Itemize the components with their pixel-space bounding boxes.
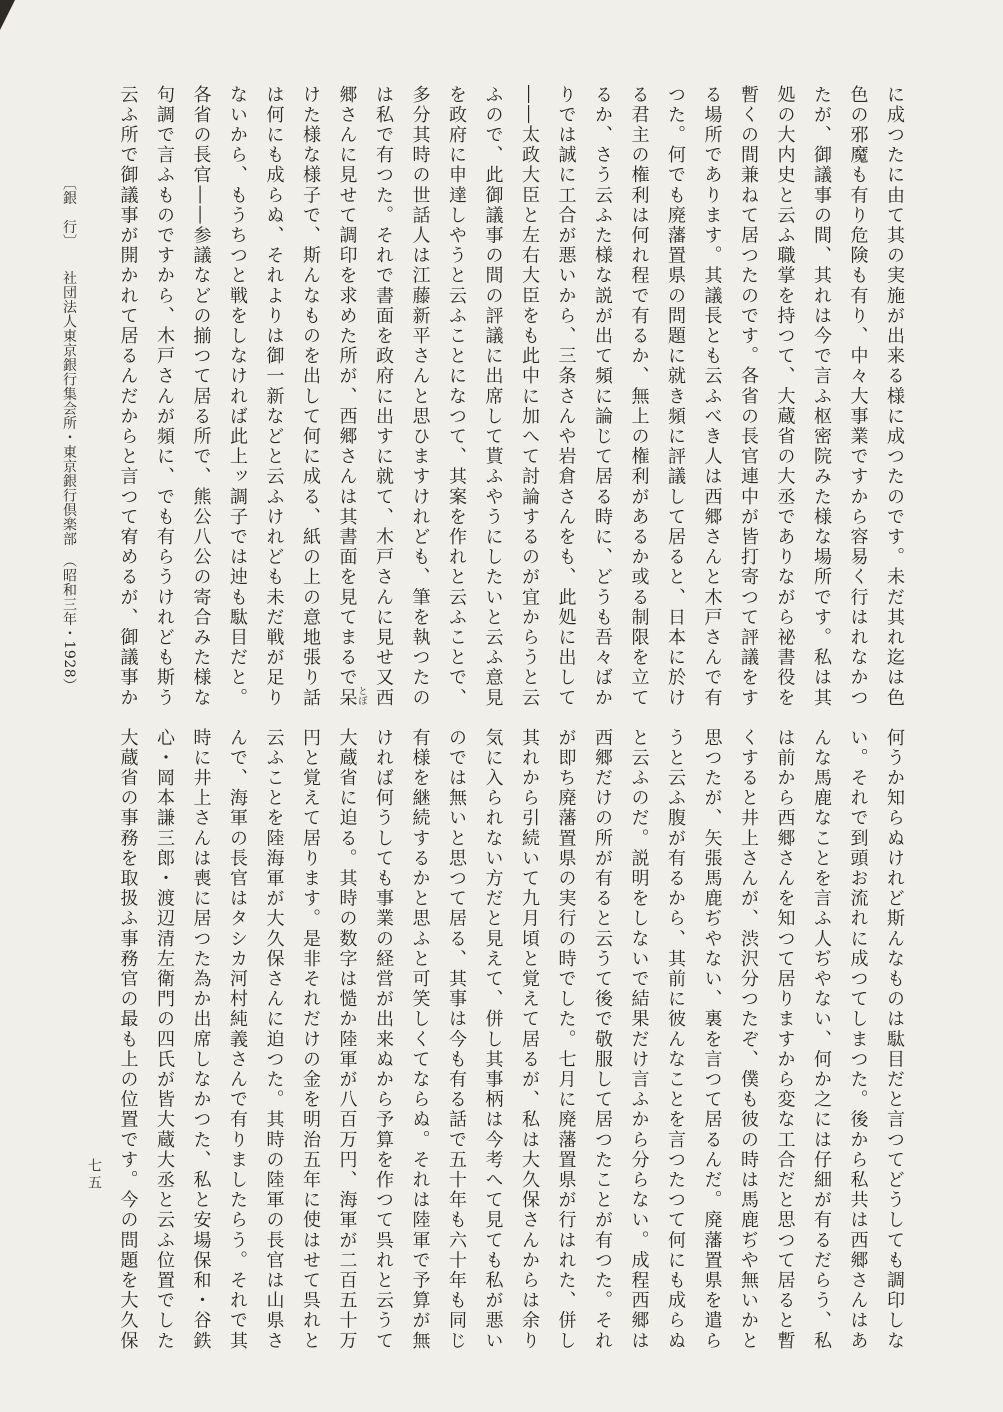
text-column: 句調で言ふものですから、木戸さんが頻に、でも有らうけれども斯う	[146, 85, 183, 715]
text-column: 其れから引続いて九月頃と覚えて居るが、私は大久保さんからは余り	[511, 728, 548, 1360]
text-column: ないから、もうちつと戦をしなければ此上ッ調子では迚も駄目だと。	[219, 85, 256, 715]
text-column: を政府に申達しやうと云ふことになつて、其案を作れと云ふことで、	[438, 85, 475, 715]
text-column: 色の邪魔も有り危険も有り、中々大事業ですから容易く行はれなかつ	[839, 85, 876, 715]
text-column: に成つたに由て其の実施が出来る様に成つたのです。未だ其れ迄は色	[876, 85, 913, 715]
margin-source-label: 〔銀 行〕 社団法人東京銀行集会所・東京銀行倶楽部 （昭和三年・1928）	[56, 176, 82, 724]
text-column: りでは誠に工合が悪いから、三条さんや岩倉さんをも、此処に出して	[547, 85, 584, 715]
text-column: ――太政大臣と左右大臣をも此中に加へて討論するのが宜からうと云	[511, 85, 548, 715]
text-column: 各省の長官――参議などの揃つて居る所で、熊公八公の寄合みた様な	[182, 85, 219, 715]
bottom-text-block: 何うか知らぬけれど斯んなものは駄目だと言つてどうしても調印しな い。それで到頭お…	[109, 728, 912, 1360]
text-column: 何うか知らぬけれど斯んなものは駄目だと言つてどうしても調印しな	[876, 728, 913, 1360]
text-column: たが、御議事の間、其れは今で言ふ枢密院みた様な場所です。私は其	[803, 85, 840, 715]
top-text-block: に成つたに由て其の実施が出来る様に成つたのです。未だ其れ迄は色 色の邪魔も有り危…	[109, 85, 912, 715]
text-column: つた。何でも廃藩置県の問題に就き頻に評議して居ると、日本に於け	[657, 85, 694, 715]
text-column: うと云ふ腹が有るから、其前に彼んなことを言つたつて何にも成らぬ	[657, 728, 694, 1360]
text-column: が即ち廃藩置県の実行の時でした。七月に廃藩置県が行はれた、併し	[547, 728, 584, 1360]
text-column: 西郷だけの所が有ると云うて後で敬服して居つたことが有つた。それ	[584, 728, 621, 1360]
text-column: くすると井上さんが、渋沢分つたぞ、僕も彼の時は馬鹿ぢや無いかと	[730, 728, 767, 1360]
text-column: ふので、此御議事の間の評議に出席して貰ふやうにしたいと云ふ意見	[474, 85, 511, 715]
text-column: と云ふのだ。説明をしないで結果だけ言ふから分らない。成程西郷は	[620, 728, 657, 1360]
text-column: 処の大内史と云ふ職掌を持つて、大蔵省の大丞でありながら祕書役を	[766, 85, 803, 715]
text-column: 郷さんに見せて調印を求めた所が、西郷さんは其書面を見てまるで呆	[328, 85, 365, 715]
text-column: 大蔵省の事務を取扱ふ事務官の最も上の位置です。今の問題を大久保	[109, 728, 146, 1360]
text-column: は私で有つた。それで書面を政府に出すに就て、木戸さんに見せ又西	[365, 85, 402, 715]
text-column: のでは無いと思つて居る、其事は今も有る話で五十年も六十年も同じ	[438, 728, 475, 1360]
text-column: 多分其時の世話人は江藤新平さんと思ひますけれども、筆を執つたの	[401, 85, 438, 715]
text-column: 時に井上さんは喪に居つた為か出席しなかつた、私と安場保和・谷鉄	[182, 728, 219, 1360]
text-column: は前から西郷さんを知つて居りますから変な工合だと思つて居ると暫	[766, 728, 803, 1360]
text-column: るか、さう云ふた様な説が出て頻に論じて居る時に、どうも吾々ばか	[584, 85, 621, 715]
page-number: 七五	[84, 1158, 104, 1192]
text-column: 云ふ所で御議事が開かれて居るんだからと言つて宥めるが、御議事か	[109, 85, 146, 715]
text-column: 気に入られない方だと見えて、併し其事柄は今考へて見ても私が悪い	[474, 728, 511, 1360]
text-column: けた様な様子で、斯んなものを出して何に成る、紙の上の意地張り話	[292, 85, 329, 715]
text-column: ければ何うしても事業の経営が出来ぬから予算を作つて呉れと云うて	[365, 728, 402, 1360]
text-column: 云ふことを陸海軍が大久保さんに迫つた。其時の陸軍の長官は山県さ	[255, 728, 292, 1360]
text-column: 思つたが、矢張馬鹿ぢやない、裏を言つて居るんだ。廃藩置県を遣ら	[693, 728, 730, 1360]
furigana-ruby: とぼ	[356, 686, 366, 705]
text-column: 有様を継続するかと思ふと可笑しくてならぬ。それは陸軍で予算が無	[401, 728, 438, 1360]
text-column: 心・岡本謙三郎・渡辺清左衛門の四氏が皆大蔵大丞と云ふ位置でした	[146, 728, 183, 1360]
text-column: んな馬鹿なことを言ふ人ぢやない、何か之には仔細が有るだらう、私	[803, 728, 840, 1360]
text-column: 円と覚えて居ります。是非それだけの金を明治五年に使はせて呉れと	[292, 728, 329, 1360]
text-column: 暫くの間兼ねて居つたのです。各省の長官連中が皆打寄つて評議をす	[730, 85, 767, 715]
scanned-page: 〔銀 行〕 社団法人東京銀行集会所・東京銀行倶楽部 （昭和三年・1928） に成…	[0, 0, 1003, 1412]
text-column: んで、海軍の長官はタシカ河村純義さんで有りましたらう。それで其	[219, 728, 256, 1360]
scan-corner-artifact	[0, 0, 15, 30]
text-column: い。それで到頭お流れに成つてしまつた。後から私共は西郷さんはあ	[839, 728, 876, 1360]
text-column: る場所であります。其議長とも云ふべき人は西郷さんと木戸さんで有	[693, 85, 730, 715]
text-column: 大蔵省に迫る。其時の数字は慥か陸軍が八百万円、海軍が二百五十万	[328, 728, 365, 1360]
text-column: る君主の権利は何れ程で有るか、無上の権利があるか或る制限を立て	[620, 85, 657, 715]
text-column: は何にも成らぬ、それよりは御一新などと云ふけれども未だ戦が足り	[255, 85, 292, 715]
